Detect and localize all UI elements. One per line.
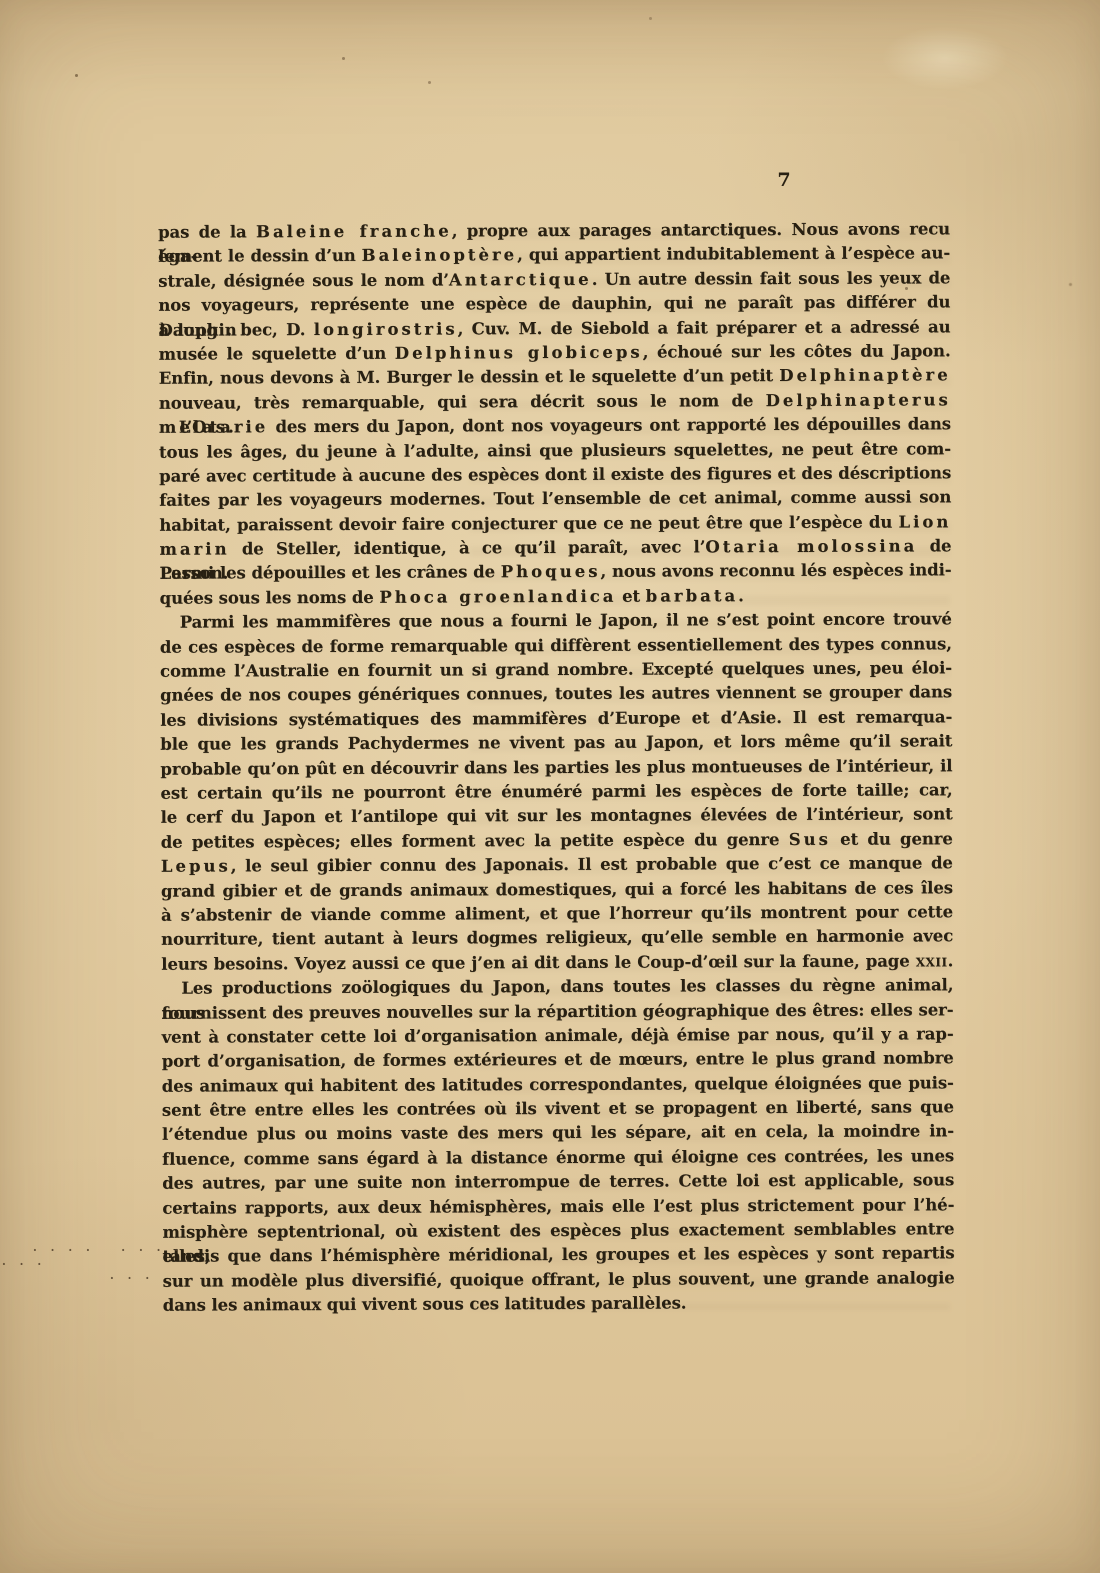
page-number: 7 — [770, 169, 798, 191]
text-line: Lepus, le seul gibier connu des Japonais… — [161, 851, 953, 879]
pencil-dots: . . . — [110, 1271, 154, 1281]
text-line: des animaux qui habitent des latitudes c… — [162, 1071, 954, 1099]
text-line: comme l’Australie en fournit un si grand… — [160, 656, 952, 684]
text-line: pas de la Baleine franche, propre aux pa… — [158, 217, 950, 245]
paper-specks — [75, 74, 78, 77]
text-line: sur un modèle plus diversifié, quoique o… — [163, 1266, 955, 1294]
text-line: sent être entre elles les contrées où il… — [162, 1095, 954, 1123]
text-line: à s’abstenir de viande comme aliment, et… — [161, 900, 953, 928]
text-line: misphère septentrional, où existent des … — [162, 1217, 954, 1245]
text-line: est certain qu’ils ne pourront être énum… — [160, 778, 952, 806]
text-line: marin de Steller, identique, à ce qu’il … — [159, 534, 951, 562]
text-line: des autres, par une suite non interrompu… — [162, 1168, 954, 1196]
text-line: nourriture, tient autant à leurs dogmes … — [161, 925, 953, 953]
text-line: lement le dessin d’un Baleinoptère, qui … — [158, 242, 950, 270]
text-line: gnées de nos coupes génériques connues, … — [160, 681, 952, 709]
text-line: tous les âges, du jeune à l’adulte, ains… — [159, 437, 951, 465]
text-line: vent à constater cette loi d’organisatio… — [162, 1022, 954, 1050]
text-line: Enfin, nous devons à M. Burger le dessin… — [159, 364, 951, 392]
text-line: strale, désignée sous le nom d’Antarctiq… — [158, 266, 950, 294]
text-line: paré avec certitude à aucune des espèces… — [159, 461, 951, 489]
text-line: faites par les voyageurs modernes. Tout … — [159, 486, 951, 514]
text-line: Les productions zoölogiques du Japon, da… — [161, 973, 953, 1001]
text-line: probable qu’on pût en découvrir dans les… — [160, 754, 952, 782]
text-line: port d’organisation, de formes extérieur… — [162, 1047, 954, 1075]
text-line: fournissent des preuves nouvelles sur la… — [161, 998, 953, 1026]
text-block: pas de la Baleine franche, propre aux pa… — [158, 217, 955, 1318]
text-line: Parmi les dépouilles et les crânes de Ph… — [159, 559, 951, 587]
text-line: de ces espèces de forme remarquable qui … — [160, 632, 952, 660]
pencil-dots: . . . . . . . . — [33, 1243, 183, 1253]
text-line: à long . bec, D. longirostris, Cuv. M. d… — [158, 315, 950, 343]
scanned-book-page: 7 pas de la Baleine franche, propre aux … — [0, 0, 1100, 1573]
text-line: le cerf du Japon et l’antilope qui vit s… — [161, 803, 953, 831]
text-line: grand gibier et de grands animaux domest… — [161, 876, 953, 904]
text-line: habitat, paraissent devoir faire conject… — [159, 510, 951, 538]
text-line: leurs besoins. Voyez aussi ce que j’en a… — [161, 949, 953, 977]
text-line: quées sous les noms de Phoca groenlandic… — [160, 583, 952, 611]
text-line: Parmi les mammifères que nous a fourni l… — [160, 608, 952, 636]
text-line: L’Otarie des mers du Japon, dont nos voy… — [159, 412, 951, 440]
text-line: nos voyageurs, représente une espèce de … — [158, 290, 950, 318]
text-line: certains rapports, aux deux hémisphères,… — [162, 1193, 954, 1221]
text-line: tandis que dans l’hémisphère méridional,… — [162, 1242, 954, 1270]
text-line: musée le squelette d’un Delphinus globic… — [159, 339, 951, 367]
text-line: l’étendue plus ou moins vaste des mers q… — [162, 1120, 954, 1148]
text-line: ble que les grands Pachydermes ne vivent… — [160, 729, 952, 757]
pencil-dots: . . . — [2, 1257, 46, 1267]
text-line: nouveau, très remarquable, qui sera décr… — [159, 388, 951, 416]
text-line: de petites espèces; elles forment avec l… — [161, 827, 953, 855]
text-line: les divisions systématiques des mammifèr… — [160, 705, 952, 733]
text-line: fluence, comme sans égard à la distance … — [162, 1144, 954, 1172]
text-line: dans les animaux qui vivent sous ces lat… — [163, 1290, 955, 1318]
